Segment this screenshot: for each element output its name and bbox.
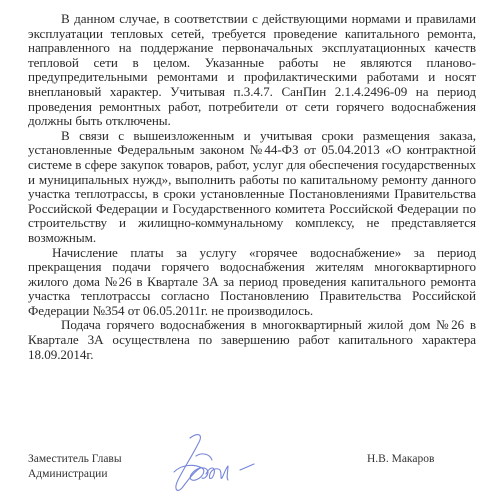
signatory-position: Заместитель Главы Администрации [28, 452, 122, 481]
handwritten-signature-icon [168, 430, 268, 496]
paragraph-billing: Начисление платы за услугу «горячее водо… [28, 246, 476, 319]
paragraph-procurement-deadlines: В связи с вышеизложенным и учитывая срок… [28, 129, 476, 246]
signatory-position-line1: Заместитель Главы [28, 452, 122, 467]
letter-body: В данном случае, в соответствии с действ… [28, 12, 476, 362]
document-page: В данном случае, в соответствии с действ… [0, 0, 479, 500]
signatory-name: Н.В. Макаров [367, 452, 434, 467]
paragraph-capital-repair-requirement: В данном случае, в соответствии с действ… [28, 12, 476, 129]
signatory-position-line2: Администрации [28, 467, 122, 482]
paragraph-service-restored: Подача горячего водоснабжения в многоква… [28, 318, 476, 362]
